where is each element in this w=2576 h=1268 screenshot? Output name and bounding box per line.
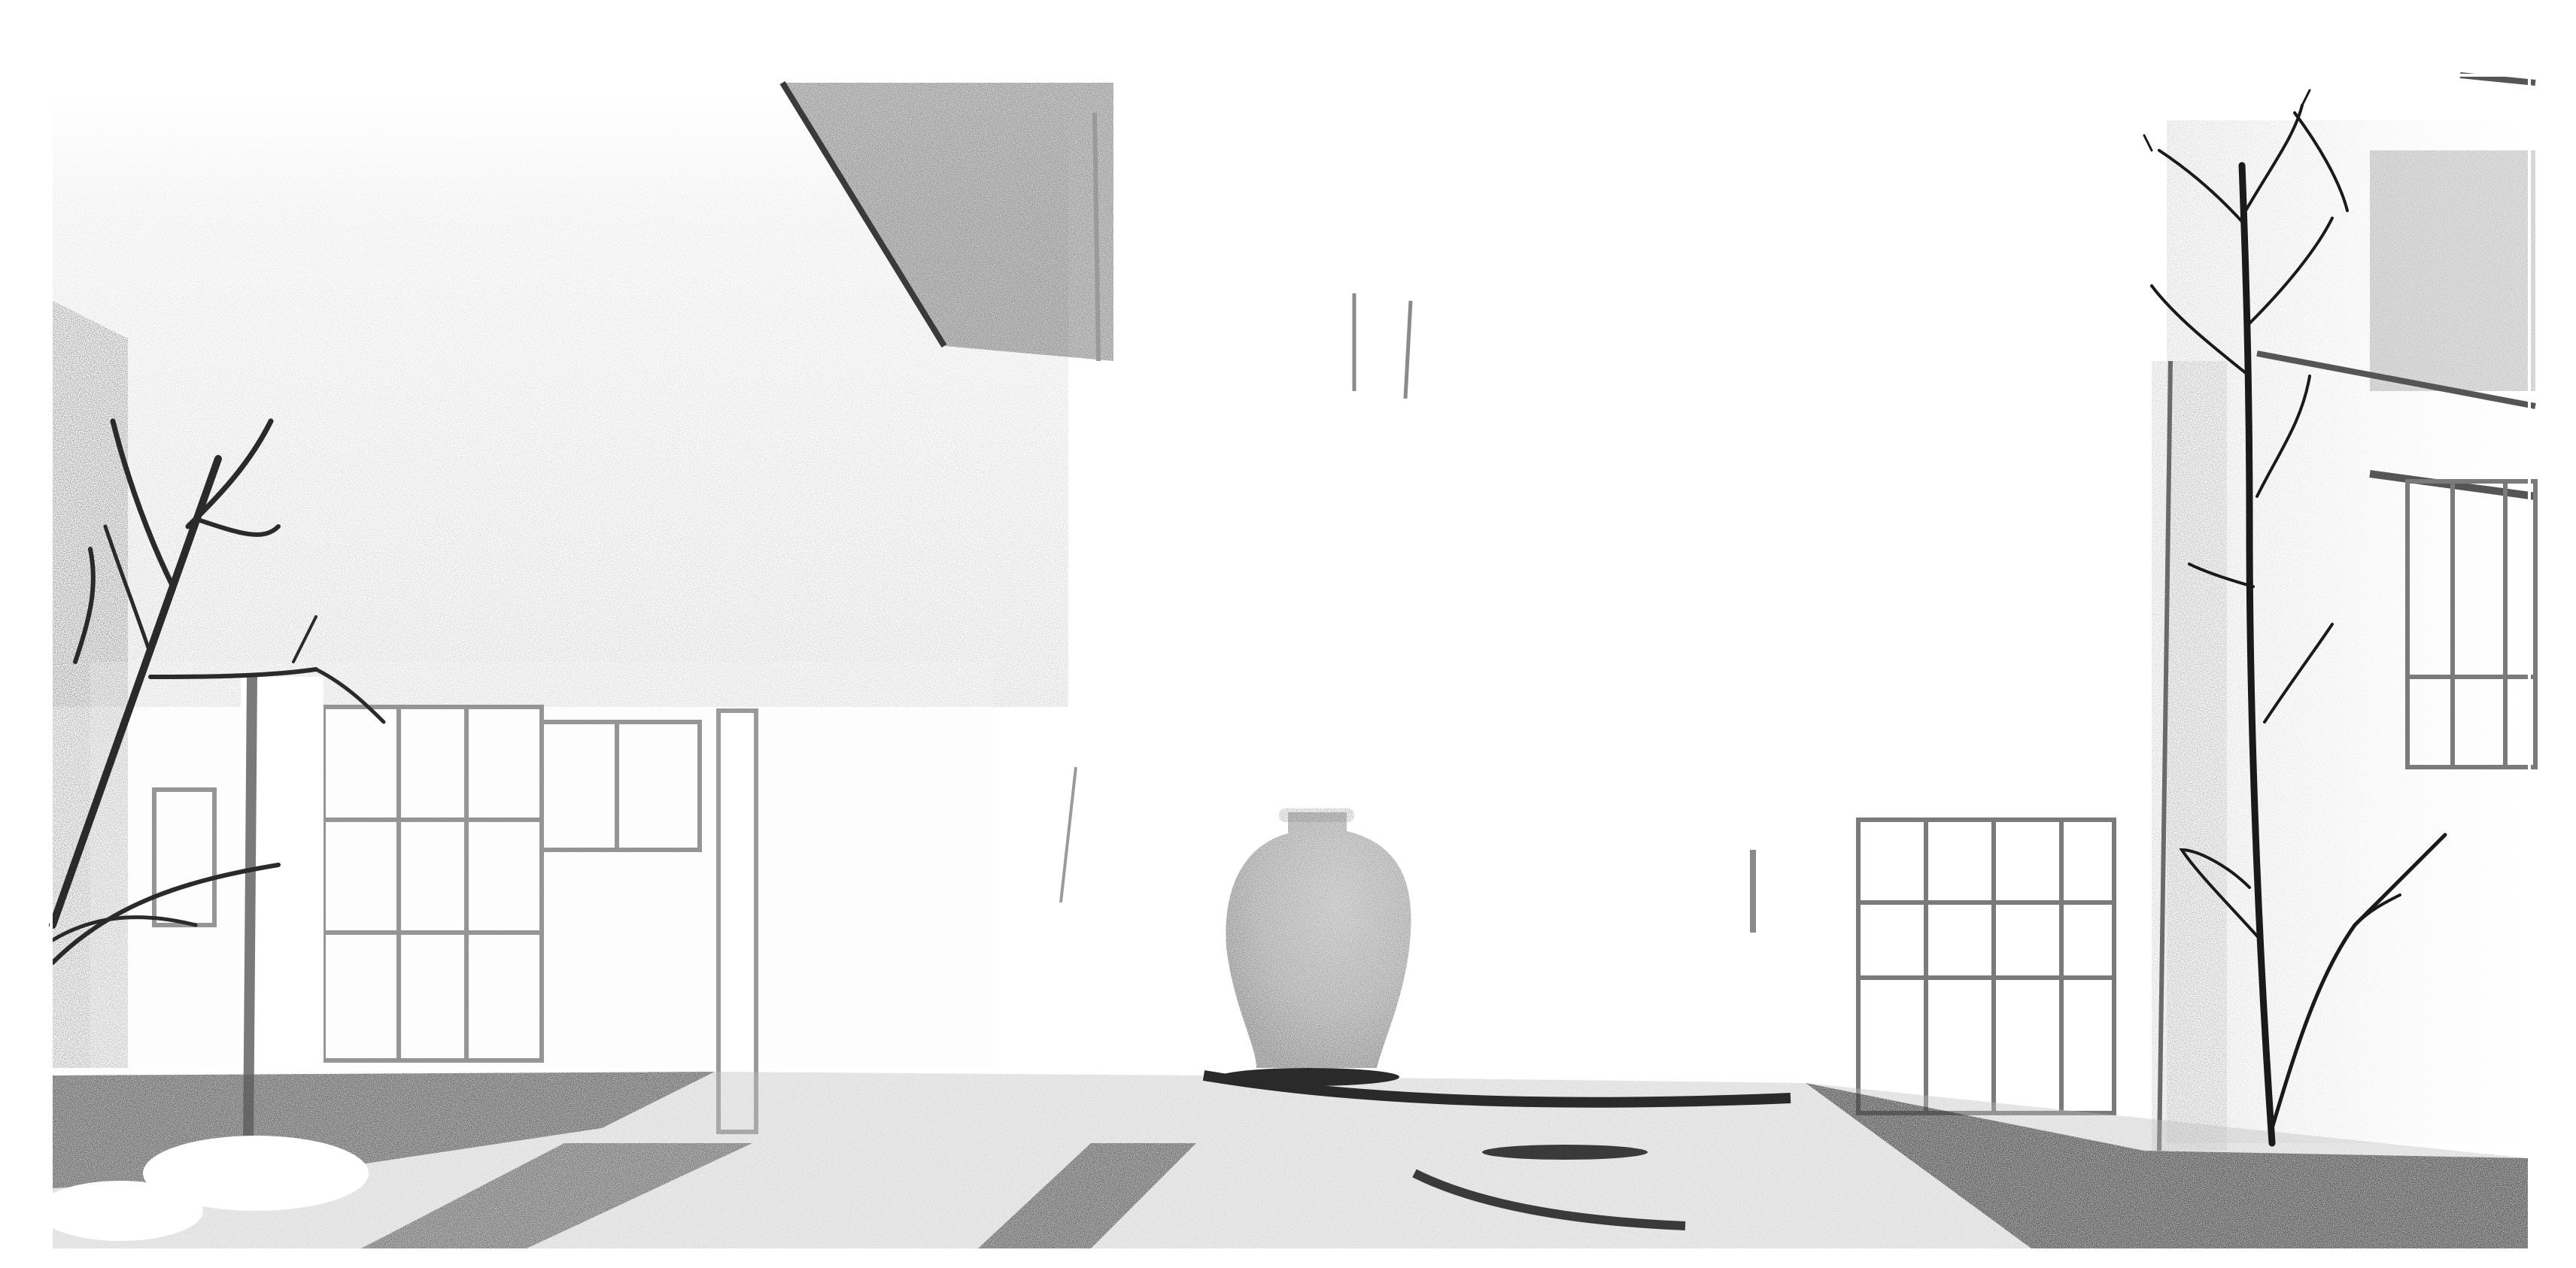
courtyard-photo: [0, 0, 2576, 1268]
